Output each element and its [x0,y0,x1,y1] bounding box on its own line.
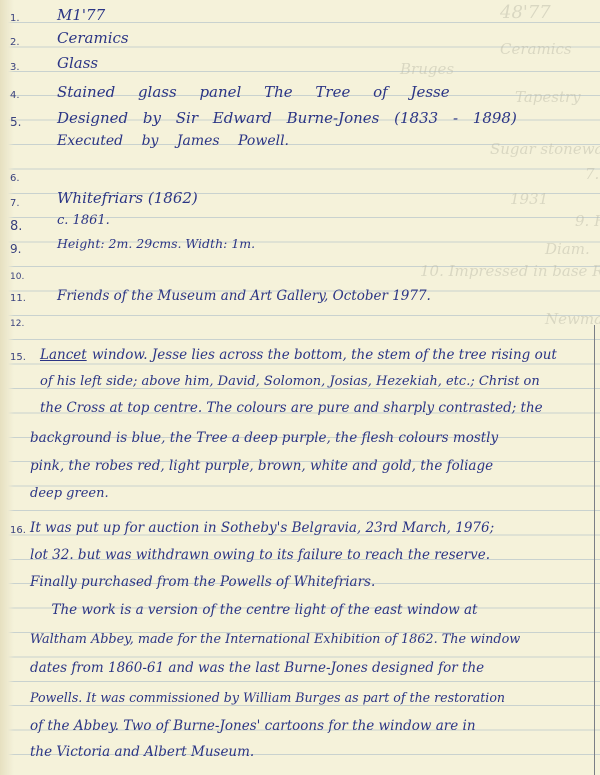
paragraph-line: the Victoria and Albert Museum. [30,742,254,762]
entry-number: 3. [10,58,32,78]
paragraph-line: Powells. It was commissioned by William … [30,688,505,708]
entry-text: Whitefriars (1862) [57,188,198,208]
struck-word: Lancet [40,345,87,365]
bleed-through-text: 1931 [510,190,548,208]
entry-text: Stained glass panel The Tree of Jesse [57,82,450,102]
bleed-through-text: 9. H [575,212,600,230]
bleed-through-text: Diam. [545,240,590,258]
entry-number: 16. [10,521,32,541]
paragraph-line: background is blue, the Tree a deep purp… [30,428,498,448]
bleed-through-text: Newman, 1977 [545,310,600,328]
entry-number: 10. [10,267,32,287]
paragraph-line: Waltham Abbey, made for the Internationa… [30,630,520,650]
entry-number: 1. [10,9,32,29]
entry-number: 7. [10,194,32,214]
bleed-through-text: 10. Impressed in base RUSKIN | ENGLAND [420,262,600,280]
entry-number: 4. [10,86,32,106]
entry-number: 5. [10,112,32,132]
entry-number: 9. [10,239,32,259]
bleed-through-text: 7. [585,165,599,183]
entry-number: 11. [10,289,32,309]
bleed-through-text: Bruges [400,60,454,78]
entry-text: M1'77 [57,5,105,25]
entry-number: 2. [10,33,32,53]
entry-text: Friends of the Museum and Art Gallery, O… [57,286,431,306]
right-margin-rule [594,325,595,775]
entry-text: Executed by James Powell. [57,131,289,151]
paragraph-line: Finally purchased from the Powells of Wh… [30,572,375,592]
paragraph-line: lot 32. but was withdrawn owing to its f… [30,545,490,565]
paragraph-line: The work is a version of the centre ligh… [30,600,477,620]
entry-text: Designed by Sir Edward Burne-Jones (1833… [57,108,517,128]
bleed-through-text: Sugar stoneware (?) [490,140,600,158]
entry-text: Glass [57,53,98,73]
paragraph-line: deep green. [30,484,109,504]
entry-text: c. 1861. [57,211,110,231]
entry-number: 8. [10,217,32,237]
entry-number: 6. [10,169,32,189]
paragraph-line: of the Abbey. Two of Burne-Jones' cartoo… [30,716,476,736]
bleed-through-text: Ceramics [500,40,572,58]
paragraph-line: window. Jesse lies across the bottom, th… [92,345,557,365]
paragraph-line: It was put up for auction in Sotheby's B… [30,518,494,538]
paragraph-line: the Cross at top centre. The colours are… [40,398,543,418]
paragraph-line: pink, the robes red, light purple, brown… [30,456,493,476]
entry-number: 12. [10,314,32,334]
ruled-notebook-page: 48'77 Ceramics Bruges Tapestry Sugar sto… [0,0,600,775]
paragraph-line: of his left side; above him, David, Solo… [40,372,540,392]
paragraph-line: dates from 1860-61 and was the last Burn… [30,658,484,678]
bleed-through-text: Tapestry [515,88,581,106]
entry-number: 15. [10,348,32,368]
bleed-through-text: 48'77 [500,2,551,23]
entry-text: Ceramics [57,28,129,48]
entry-text: Height: 2m. 29cms. Width: 1m. [57,234,255,254]
